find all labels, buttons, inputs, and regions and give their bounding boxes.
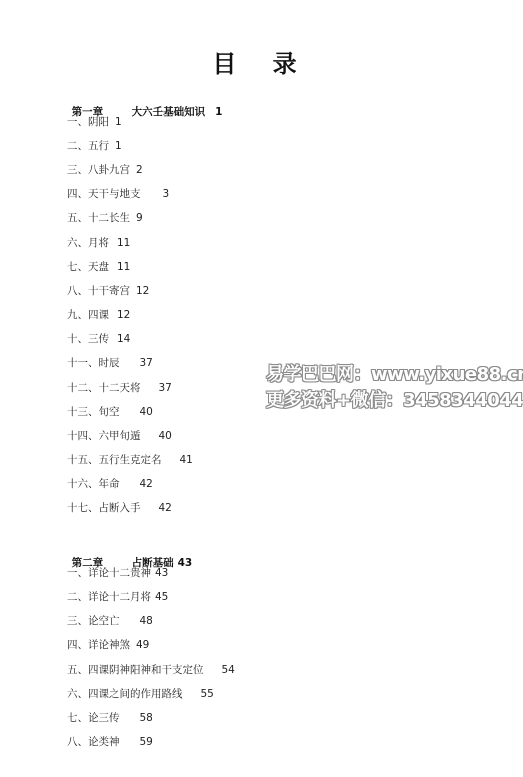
section-title: 十六、年命 xyxy=(67,477,120,491)
toc-section[interactable]: 八、论类神59 xyxy=(67,735,153,749)
toc-section[interactable]: 四、天干与地支3 xyxy=(67,187,169,201)
toc-section[interactable]: 十五、五行生克定名41 xyxy=(67,453,193,467)
toc-section[interactable]: 十一、时辰37 xyxy=(67,356,153,370)
section-title: 八、论类神 xyxy=(67,735,120,749)
toc-section[interactable]: 八、十干寄宫12 xyxy=(67,284,149,298)
toc-section[interactable]: 三、论空亡48 xyxy=(67,614,153,628)
watermark-website: 易学巴巴网：www.yixue88.cn xyxy=(266,364,523,386)
chapter-page: 43 xyxy=(178,556,193,570)
watermark-contact: 更多资料+微信：3458344044 xyxy=(266,390,523,412)
section-page: 2 xyxy=(136,163,143,177)
chapter-title: 大六壬基础知识 xyxy=(132,105,206,119)
toc-section[interactable]: 一、阴阳1 xyxy=(67,115,122,129)
section-page: 54 xyxy=(222,663,235,677)
section-title: 十、三传 xyxy=(67,332,109,346)
toc-section[interactable]: 十、三传14 xyxy=(67,332,130,346)
section-page: 55 xyxy=(201,687,214,701)
section-page: 1 xyxy=(115,115,122,129)
section-title: 十二、十二天将 xyxy=(67,381,141,395)
section-page: 37 xyxy=(159,381,172,395)
section-page: 59 xyxy=(140,735,153,749)
section-title: 十五、五行生克定名 xyxy=(67,453,162,467)
toc-section[interactable]: 五、十二长生9 xyxy=(67,211,143,225)
section-title: 三、八卦九宫 xyxy=(67,163,130,177)
section-title: 十三、旬空 xyxy=(67,405,120,419)
toc-section[interactable]: 一、详论十二贵神43 xyxy=(67,566,168,580)
section-page: 40 xyxy=(159,429,172,443)
section-title: 五、十二长生 xyxy=(67,211,130,225)
section-title: 九、四课 xyxy=(67,308,109,322)
section-title: 五、四课阴神阳神和干支定位 xyxy=(67,663,204,677)
toc-section[interactable]: 十三、旬空40 xyxy=(67,405,153,419)
section-title: 一、详论十二贵神 xyxy=(67,566,151,580)
section-page: 41 xyxy=(180,453,193,467)
section-page: 3 xyxy=(163,187,170,201)
section-title: 四、天干与地支 xyxy=(67,187,141,201)
section-title: 六、四课之间的作用路线 xyxy=(67,687,183,701)
section-title: 二、五行 xyxy=(67,139,109,153)
section-title: 八、十干寄宫 xyxy=(67,284,130,298)
section-title: 十一、时辰 xyxy=(67,356,120,370)
section-title: 一、阴阳 xyxy=(67,115,109,129)
section-page: 14 xyxy=(117,332,130,346)
section-page: 40 xyxy=(140,405,153,419)
section-title: 七、天盘 xyxy=(67,260,109,274)
section-page: 49 xyxy=(136,638,149,652)
toc-section[interactable]: 四、详论神煞49 xyxy=(67,638,149,652)
toc-section[interactable]: 六、四课之间的作用路线55 xyxy=(67,687,214,701)
section-page: 42 xyxy=(159,501,172,515)
section-title: 三、论空亡 xyxy=(67,614,120,628)
section-page: 43 xyxy=(155,566,168,580)
section-page: 11 xyxy=(117,260,130,274)
section-page: 11 xyxy=(117,236,130,250)
toc-section[interactable]: 七、天盘11 xyxy=(67,260,130,274)
section-page: 48 xyxy=(140,614,153,628)
section-page: 1 xyxy=(115,139,122,153)
section-page: 42 xyxy=(140,477,153,491)
section-title: 十七、占断入手 xyxy=(67,501,141,515)
toc-section[interactable]: 三、八卦九宫2 xyxy=(67,163,143,177)
toc-section[interactable]: 二、五行1 xyxy=(67,139,122,153)
toc-section[interactable]: 七、论三传58 xyxy=(67,711,153,725)
toc-section[interactable]: 十七、占断入手42 xyxy=(67,501,172,515)
page-title: 目 录 xyxy=(0,48,523,80)
section-title: 二、详论十二月将 xyxy=(67,590,151,604)
document-page: 目 录 第一章大六壬基础知识1 一、阴阳1 二、五行1 三、八卦九宫2 四、天干… xyxy=(0,0,523,777)
section-page: 58 xyxy=(140,711,153,725)
section-title: 七、论三传 xyxy=(67,711,120,725)
section-title: 六、月将 xyxy=(67,236,109,250)
section-title: 十四、六甲旬遁 xyxy=(67,429,141,443)
toc-section[interactable]: 十二、十二天将37 xyxy=(67,381,172,395)
toc-section[interactable]: 十四、六甲旬遁40 xyxy=(67,429,172,443)
section-page: 12 xyxy=(136,284,149,298)
toc-section[interactable]: 五、四课阴神阳神和干支定位54 xyxy=(67,663,235,677)
toc-section[interactable]: 十六、年命42 xyxy=(67,477,153,491)
chapter-page: 1 xyxy=(215,105,222,119)
section-page: 45 xyxy=(155,590,168,604)
section-title: 四、详论神煞 xyxy=(67,638,130,652)
section-page: 9 xyxy=(136,211,143,225)
section-page: 12 xyxy=(117,308,130,322)
section-page: 37 xyxy=(140,356,153,370)
toc-section[interactable]: 二、详论十二月将45 xyxy=(67,590,168,604)
toc-section[interactable]: 六、月将11 xyxy=(67,236,130,250)
toc-section[interactable]: 九、四课12 xyxy=(67,308,130,322)
